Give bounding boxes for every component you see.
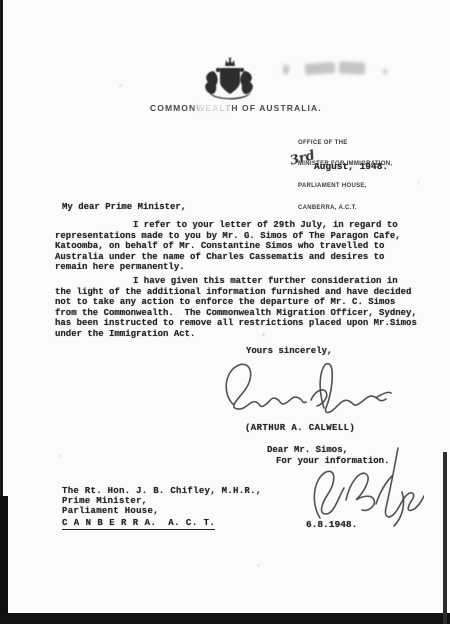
scan-edge <box>0 613 450 624</box>
body-line: remain here permanently. <box>55 262 420 273</box>
scan-edge <box>0 496 8 624</box>
office-line: PARLIAMENT HOUSE, <box>298 183 392 190</box>
body-line: the light of the additional information … <box>55 287 420 298</box>
paragraph-2: I have given this matter further conside… <box>55 276 420 339</box>
office-line: OFFICE OF THE <box>298 140 392 147</box>
scan-edge <box>443 452 447 624</box>
calwell-signature <box>212 353 392 421</box>
australia-coat-of-arms-icon <box>199 57 259 104</box>
paragraph-1: I refer to your letter of 29th July, in … <box>55 220 420 273</box>
recipient-city-line: C A N B E R R A. A. C. T. <box>62 518 215 530</box>
recipient-line: Parliament House, <box>62 506 427 516</box>
body-line: Katoomba, on behalf of Mr. Constantine S… <box>55 241 420 252</box>
body-line: I refer to your letter of 29th July, in … <box>55 220 420 231</box>
stamp-smudge-icon <box>339 61 366 74</box>
stamp-smudge-icon <box>305 62 336 75</box>
body-line: I have given this matter further conside… <box>55 276 420 287</box>
faded-registry-stamp <box>283 60 398 82</box>
recipient-line: The Rt. Hon. J. B. Chifley, M.H.R., <box>62 486 427 496</box>
body-line: has been instructed to remove all restri… <box>55 318 420 329</box>
office-address-block: OFFICE OF THE MINISTER FOR IMMIGRATION, … <box>298 125 392 227</box>
typed-date: August, 1948. <box>314 161 388 172</box>
body-line: under the Immigration Act. <box>55 329 420 340</box>
body-line: from the Commonwealth. The Commonwealth … <box>55 308 420 319</box>
signatory-name: (ARTHUR A. CALWELL) <box>245 423 355 433</box>
recipient-address: The Rt. Hon. J. B. Chifley, M.H.R., Prim… <box>62 486 427 529</box>
body-line: not to take any action to enforce the de… <box>55 297 420 308</box>
body-line: Australia under the name of Charles Cass… <box>55 252 420 263</box>
ink-fade-smudge <box>196 100 230 113</box>
body-line: representations made to you by Mr. G. Si… <box>55 231 420 242</box>
office-line: CANBERRA, A.C.T. <box>298 205 392 212</box>
letter-page: COMMONWEALTH OF AUSTRALIA. OFFICE OF THE… <box>0 0 450 624</box>
letterhead-title: COMMONWEALTH OF AUSTRALIA. <box>150 103 320 113</box>
stamp-smudge-icon <box>383 69 387 74</box>
salutation: My dear Prime Minister, <box>62 202 186 212</box>
stamp-smudge-icon <box>282 65 289 75</box>
recipient-line: Prime Minister, <box>62 496 427 506</box>
